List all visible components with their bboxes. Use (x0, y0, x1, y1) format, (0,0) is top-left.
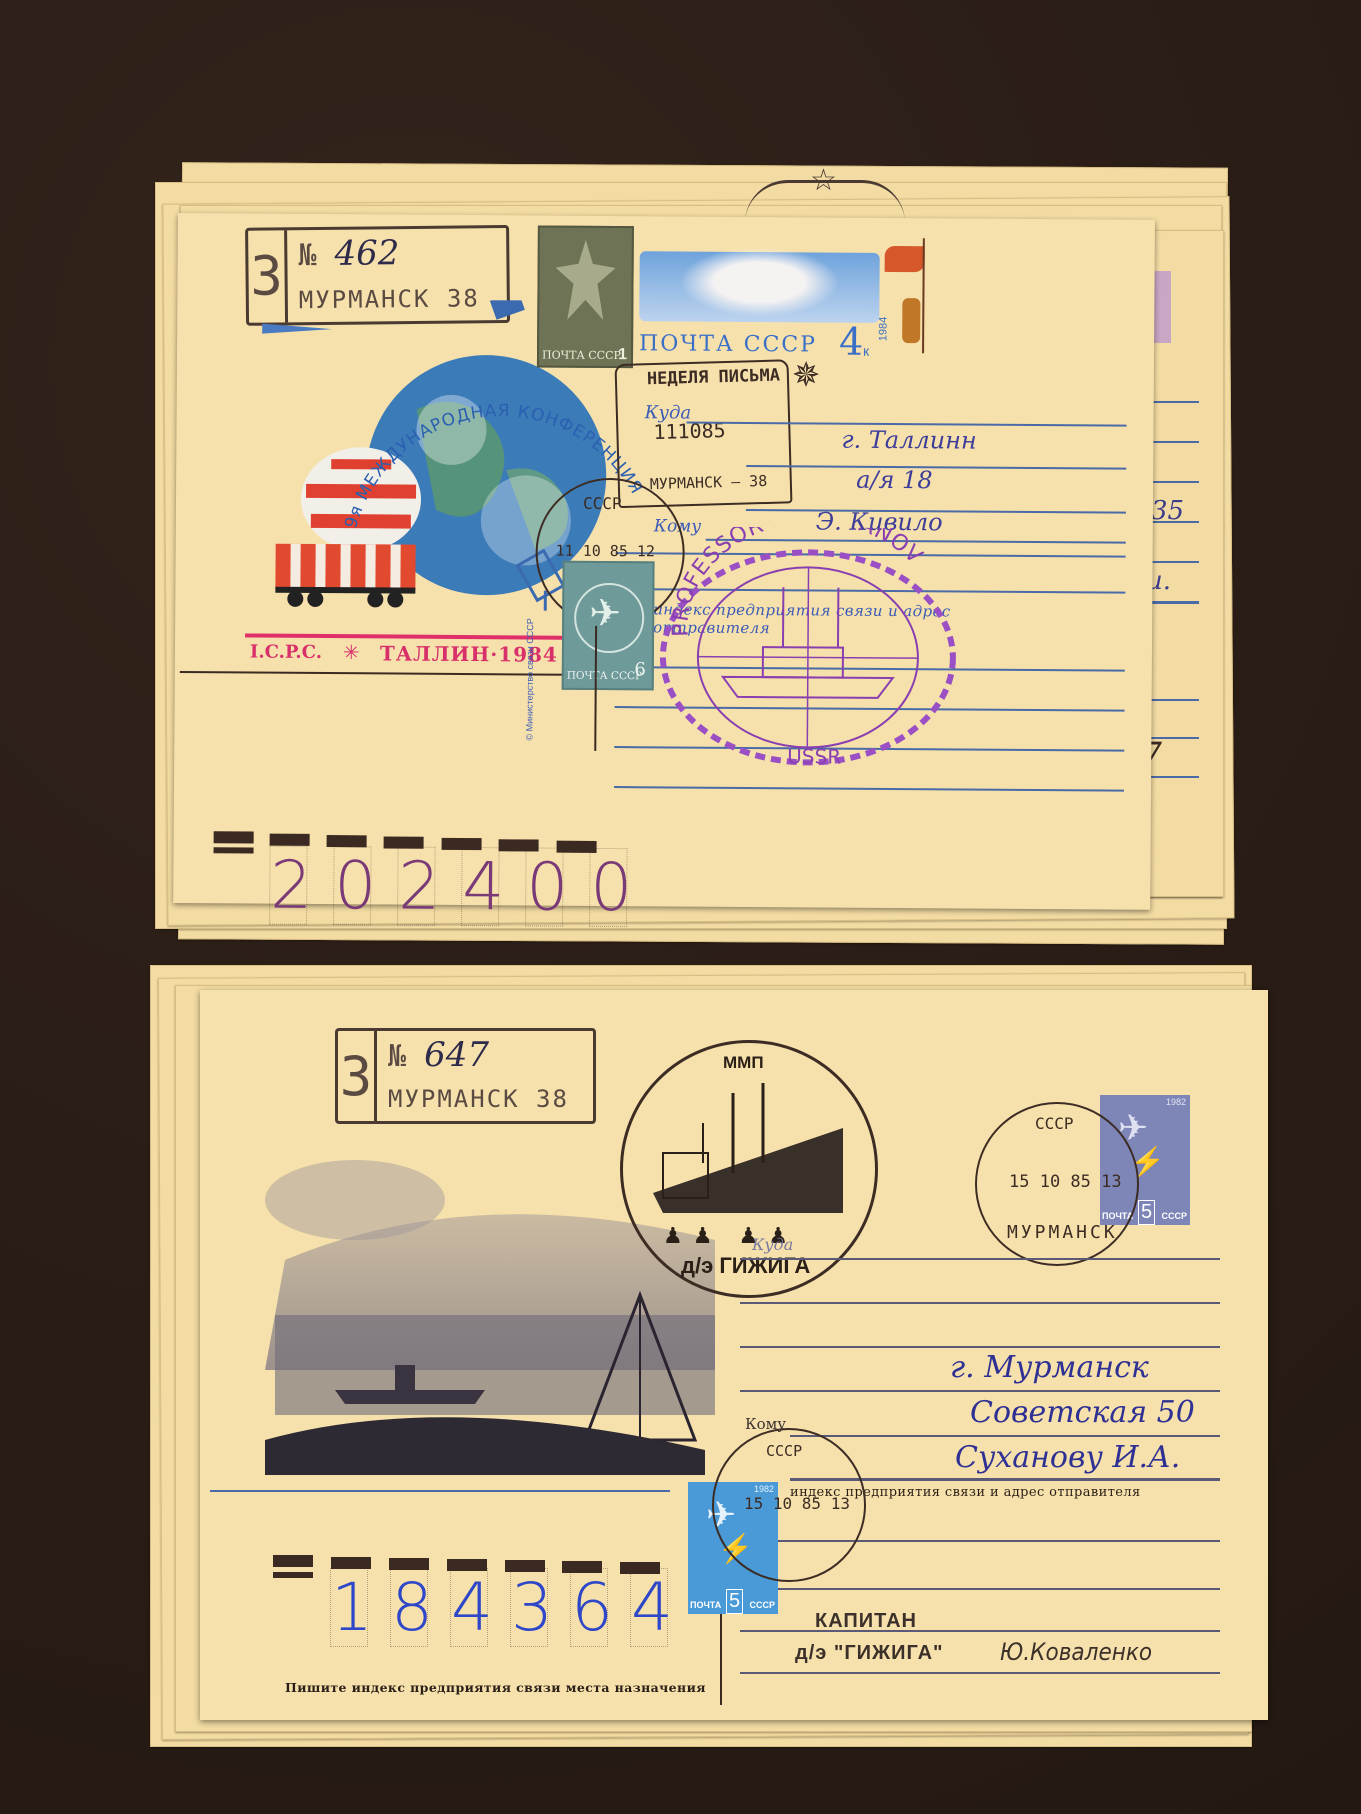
imprinted-stamp-unit: к (863, 343, 869, 359)
address-line-2: Советская 50 (970, 1395, 1195, 1430)
postal-code-digit: 4 (461, 847, 500, 926)
round-postmark: СССР 15 10 85 13 (712, 1428, 866, 1582)
postal-code-digit: 1 (330, 1568, 368, 1647)
postal-code: 184364 (330, 1568, 668, 1647)
adhesive-stamp-airmail: ✈ ПОЧТА СССР 6 (562, 561, 655, 691)
stamp-country: СССР (749, 1600, 775, 1610)
address-line-1: г. Таллинн (841, 426, 977, 455)
compass-rose-icon: ✵ (792, 355, 821, 395)
divider-line (210, 1490, 670, 1492)
svg-text:USSR: USSR (787, 744, 841, 768)
postmark-top: СССР (1035, 1114, 1074, 1133)
postal-code-caption: Индекс предприятия связи места назначени… (263, 946, 634, 964)
cachet-star-icon: ✳ (343, 640, 360, 665)
ship-icon (643, 1083, 853, 1223)
sender-stamp-title: КАПИТАН (815, 1610, 917, 1633)
postal-code-digit: 0 (589, 848, 628, 927)
address-line-3: Суханову И.А. (955, 1440, 1180, 1475)
registration-label: З № 647 МУРМАНСК 38 (335, 1028, 596, 1124)
cachet-bottom-left: I.C.P.C. (250, 642, 322, 664)
postal-code-digit: 8 (390, 1568, 428, 1647)
stamp-country: СССР (1161, 1211, 1187, 1221)
ship-cachet-top: ММП (723, 1053, 764, 1073)
machine-cancel-city: МУРМАНСК — 38 (650, 472, 768, 493)
sender-stamp-ship: д/э "ГИЖИГА" (795, 1642, 944, 1665)
adhesive-stamp-military: ПОЧТА СССР 1 (537, 226, 634, 369)
round-postmark: СССР 15 10 85 13 МУРМАНСК (975, 1102, 1139, 1266)
ministry-imprint: © Министерство связи СССР (524, 618, 535, 740)
postal-code-caption: Пишите индекс предприятия связи места на… (285, 1680, 706, 1695)
postal-code-digit: 2 (397, 847, 436, 926)
address-line-2: а/я 18 (856, 466, 933, 495)
flag-bearer-figure (884, 238, 935, 358)
stamp-year: 1982 (1166, 1097, 1186, 1107)
machine-cancel-slogan: НЕДЕЛЯ ПИСЬМА (647, 366, 781, 390)
postmark-top: СССР (583, 494, 622, 513)
postmark-date: 15 10 85 13 (744, 1494, 850, 1513)
stamp-value: 6 (634, 659, 646, 680)
stamp-text: ПОЧТА СССР (542, 349, 621, 363)
ship-cachet-professor-molchanov: PROFESSOR MOLCHANOV USSR (652, 526, 964, 768)
imprinted-stamp-value: 4 (839, 320, 863, 364)
imprinted-stamp-year: 1984 (877, 317, 889, 342)
postal-code: 202400 (269, 846, 628, 927)
bottom-cover: З № 647 МУРМАНСК 38 (200, 990, 1268, 1720)
postal-code-digit: 2 (269, 846, 308, 925)
stamp-value: 1 (618, 346, 627, 364)
postal-code-digit: 3 (510, 1568, 548, 1647)
order-star-icon (555, 240, 616, 320)
registration-number: № 647 (388, 1035, 489, 1075)
imprinted-stamp-text: ПОЧТА СССР (639, 331, 817, 357)
registration-class-mark: З (338, 1031, 377, 1121)
postal-code-digit: 6 (570, 1568, 608, 1647)
sender-stamp-signature: Ю.Коваленко (1000, 1638, 1152, 1666)
postal-code-digit: 4 (630, 1568, 668, 1647)
ship-cachet-bottom: д/э ГИЖИГА (681, 1253, 810, 1279)
postmark-date: 15 10 85 13 (1009, 1172, 1122, 1192)
postmark-date: 11 10 85 12 (556, 542, 655, 561)
label-kuda: Куда (752, 1235, 793, 1254)
top-cover: З № 462 МУРМАНСК 38 (173, 213, 1155, 910)
stamp-value: 5 (1138, 1200, 1155, 1225)
stamp-value: 5 (726, 1589, 743, 1614)
edge-handwriting: 35 (1151, 496, 1184, 526)
label-kuda: Куда (645, 402, 692, 423)
stamp-text: ПОЧТА (690, 1600, 721, 1610)
postmark-city: МУРМАНСК (1007, 1222, 1118, 1243)
postal-code-digit: 0 (525, 847, 564, 926)
registration-office: МУРМАНСК 38 (388, 1085, 569, 1113)
divider-line (180, 671, 610, 676)
address-line-1: г. Мурманск (950, 1350, 1149, 1385)
registration-number: № 462 (298, 233, 399, 274)
postmark-top: СССР (766, 1442, 802, 1460)
postal-code-digit: 4 (450, 1568, 488, 1647)
postal-code-digit: 0 (333, 846, 372, 925)
stamp-text: ПОЧТА СССР (567, 670, 642, 683)
airplane-glyph-icon: ✈ (589, 591, 621, 636)
imprinted-stamp: ПОЧТА СССР 4 к 1984 (639, 236, 930, 373)
